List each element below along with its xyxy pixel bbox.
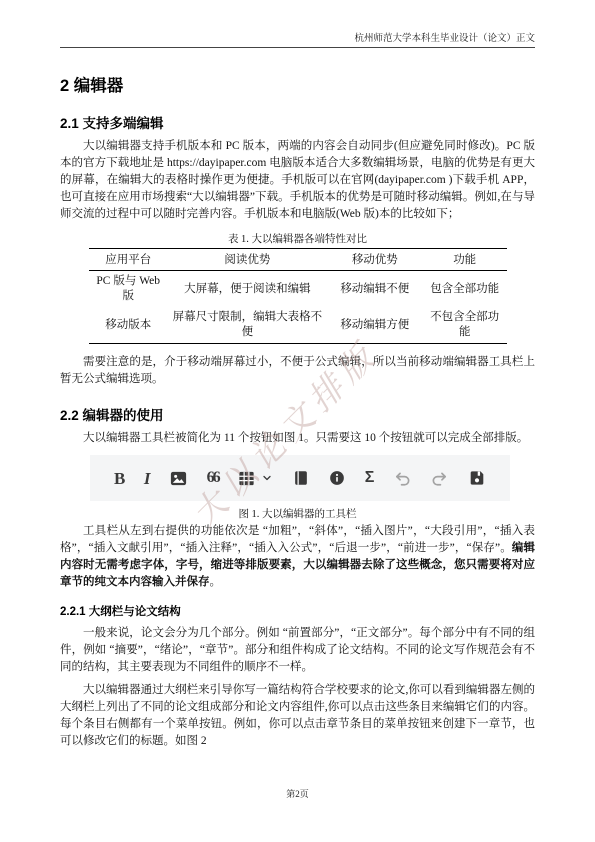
download-url-link[interactable]: https://dayipaper.com <box>167 157 266 169</box>
bold-icon: B <box>114 470 125 487</box>
paragraph-outline-bar: 大以编辑器通过大纲栏来引导你写一篇结构符合学校要求的论文,你可以看到编辑器左侧的… <box>60 682 535 750</box>
figure-caption: 图 1. 大以编辑器的工具栏 <box>60 506 535 521</box>
table-cell: 包含全部功能 <box>423 271 507 308</box>
paragraph-thesis-structure: 一般来说，论文会分为几个部分。例如 “前置部分”，“正文部分”。每个部分中有不同… <box>60 625 535 676</box>
paragraph-text: 工具栏从左到右提供的功能依次是 “加粗”，“斜体”，“插入图片”，“大段引用”，… <box>60 525 535 554</box>
table-header-row: 应用平台 阅读优势 移动优势 功能 <box>89 249 507 271</box>
paragraph-toolbar-functions: 工具栏从左到右提供的功能依次是 “加粗”，“斜体”，“插入图片”，“大段引用”，… <box>60 523 535 591</box>
paragraph-note: 需要注意的是，介于移动端屏幕过小，不便于公式编辑，所以当前移动端编辑器工具栏上暂… <box>60 354 535 388</box>
column-header-reading: 阅读优势 <box>168 249 327 271</box>
chapter-heading: 2 编辑器 <box>60 72 535 96</box>
insert-table-icon <box>237 469 273 488</box>
table-row: PC 版与 Web 版 大屏幕，便于阅读和编辑 移动编辑不便 包含全部功能 <box>89 271 507 308</box>
paragraph-text: 。 <box>210 576 222 588</box>
page-header-text: 杭州师范大学本科生毕业设计（论文）正文 <box>354 34 535 44</box>
page-footer: 第2页 <box>0 787 595 800</box>
document-page: 杭州师范大学本科生毕业设计（论文）正文 2 编辑器 2.1 支持多端编辑 大以编… <box>0 0 595 842</box>
page-content: 2 编辑器 2.1 支持多端编辑 大以编辑器支持手机版本和 PC 版本，两端的内… <box>0 72 595 750</box>
comparison-table: 应用平台 阅读优势 移动优势 功能 PC 版与 Web 版 大屏幕，便于阅读和编… <box>89 248 507 344</box>
toolbar-screenshot-figure: B I 66 <box>90 455 510 501</box>
table-cell: PC 版与 Web 版 <box>89 271 168 308</box>
save-icon <box>468 469 486 487</box>
table-row: 移动版本 屏幕尺寸限制，编辑大表格不便 移动编辑方便 不包含全部功能 <box>89 307 507 344</box>
page-header: 杭州师范大学本科生毕业设计（论文）正文 <box>60 30 535 48</box>
redo-icon <box>430 470 449 487</box>
column-header-features: 功能 <box>423 249 507 271</box>
paragraph-multi-device: 大以编辑器支持手机版本和 PC 版本，两端的内容会自动同步(但应避免同时修改)。… <box>60 138 535 223</box>
insert-formula-icon: Σ <box>365 470 375 486</box>
subsection-heading-2-2-1: 2.2.1 大纲栏与论文结构 <box>60 603 535 619</box>
section-heading-2-1: 2.1 支持多端编辑 <box>60 112 535 132</box>
table-dropdown-chevron-icon <box>261 472 273 484</box>
column-header-platform: 应用平台 <box>89 249 168 271</box>
table-caption: 表 1. 大以编辑器各端特性对比 <box>60 231 535 246</box>
blockquote-icon: 66 <box>207 470 219 486</box>
table-cell: 屏幕尺寸限制，编辑大表格不便 <box>168 307 327 344</box>
section-heading-2-2: 2.2 编辑器的使用 <box>60 404 535 424</box>
table-cell: 移动版本 <box>89 307 168 344</box>
table-cell: 大屏幕，便于阅读和编辑 <box>168 271 327 308</box>
insert-note-icon <box>328 469 346 487</box>
italic-icon: I <box>144 470 151 487</box>
column-header-mobile: 移动优势 <box>327 249 423 271</box>
insert-image-icon <box>169 469 188 488</box>
table-cell: 移动编辑不便 <box>327 271 423 308</box>
table-cell: 移动编辑方便 <box>327 307 423 344</box>
undo-icon <box>393 470 412 487</box>
insert-citation-icon <box>292 469 310 487</box>
table-cell: 不包含全部功能 <box>423 307 507 344</box>
page-number: 第2页 <box>286 789 309 799</box>
paragraph-toolbar-intro: 大以编辑器工具栏被简化为 11 个按钮如图 1。只需要这 10 个按钮就可以完成… <box>60 430 535 447</box>
